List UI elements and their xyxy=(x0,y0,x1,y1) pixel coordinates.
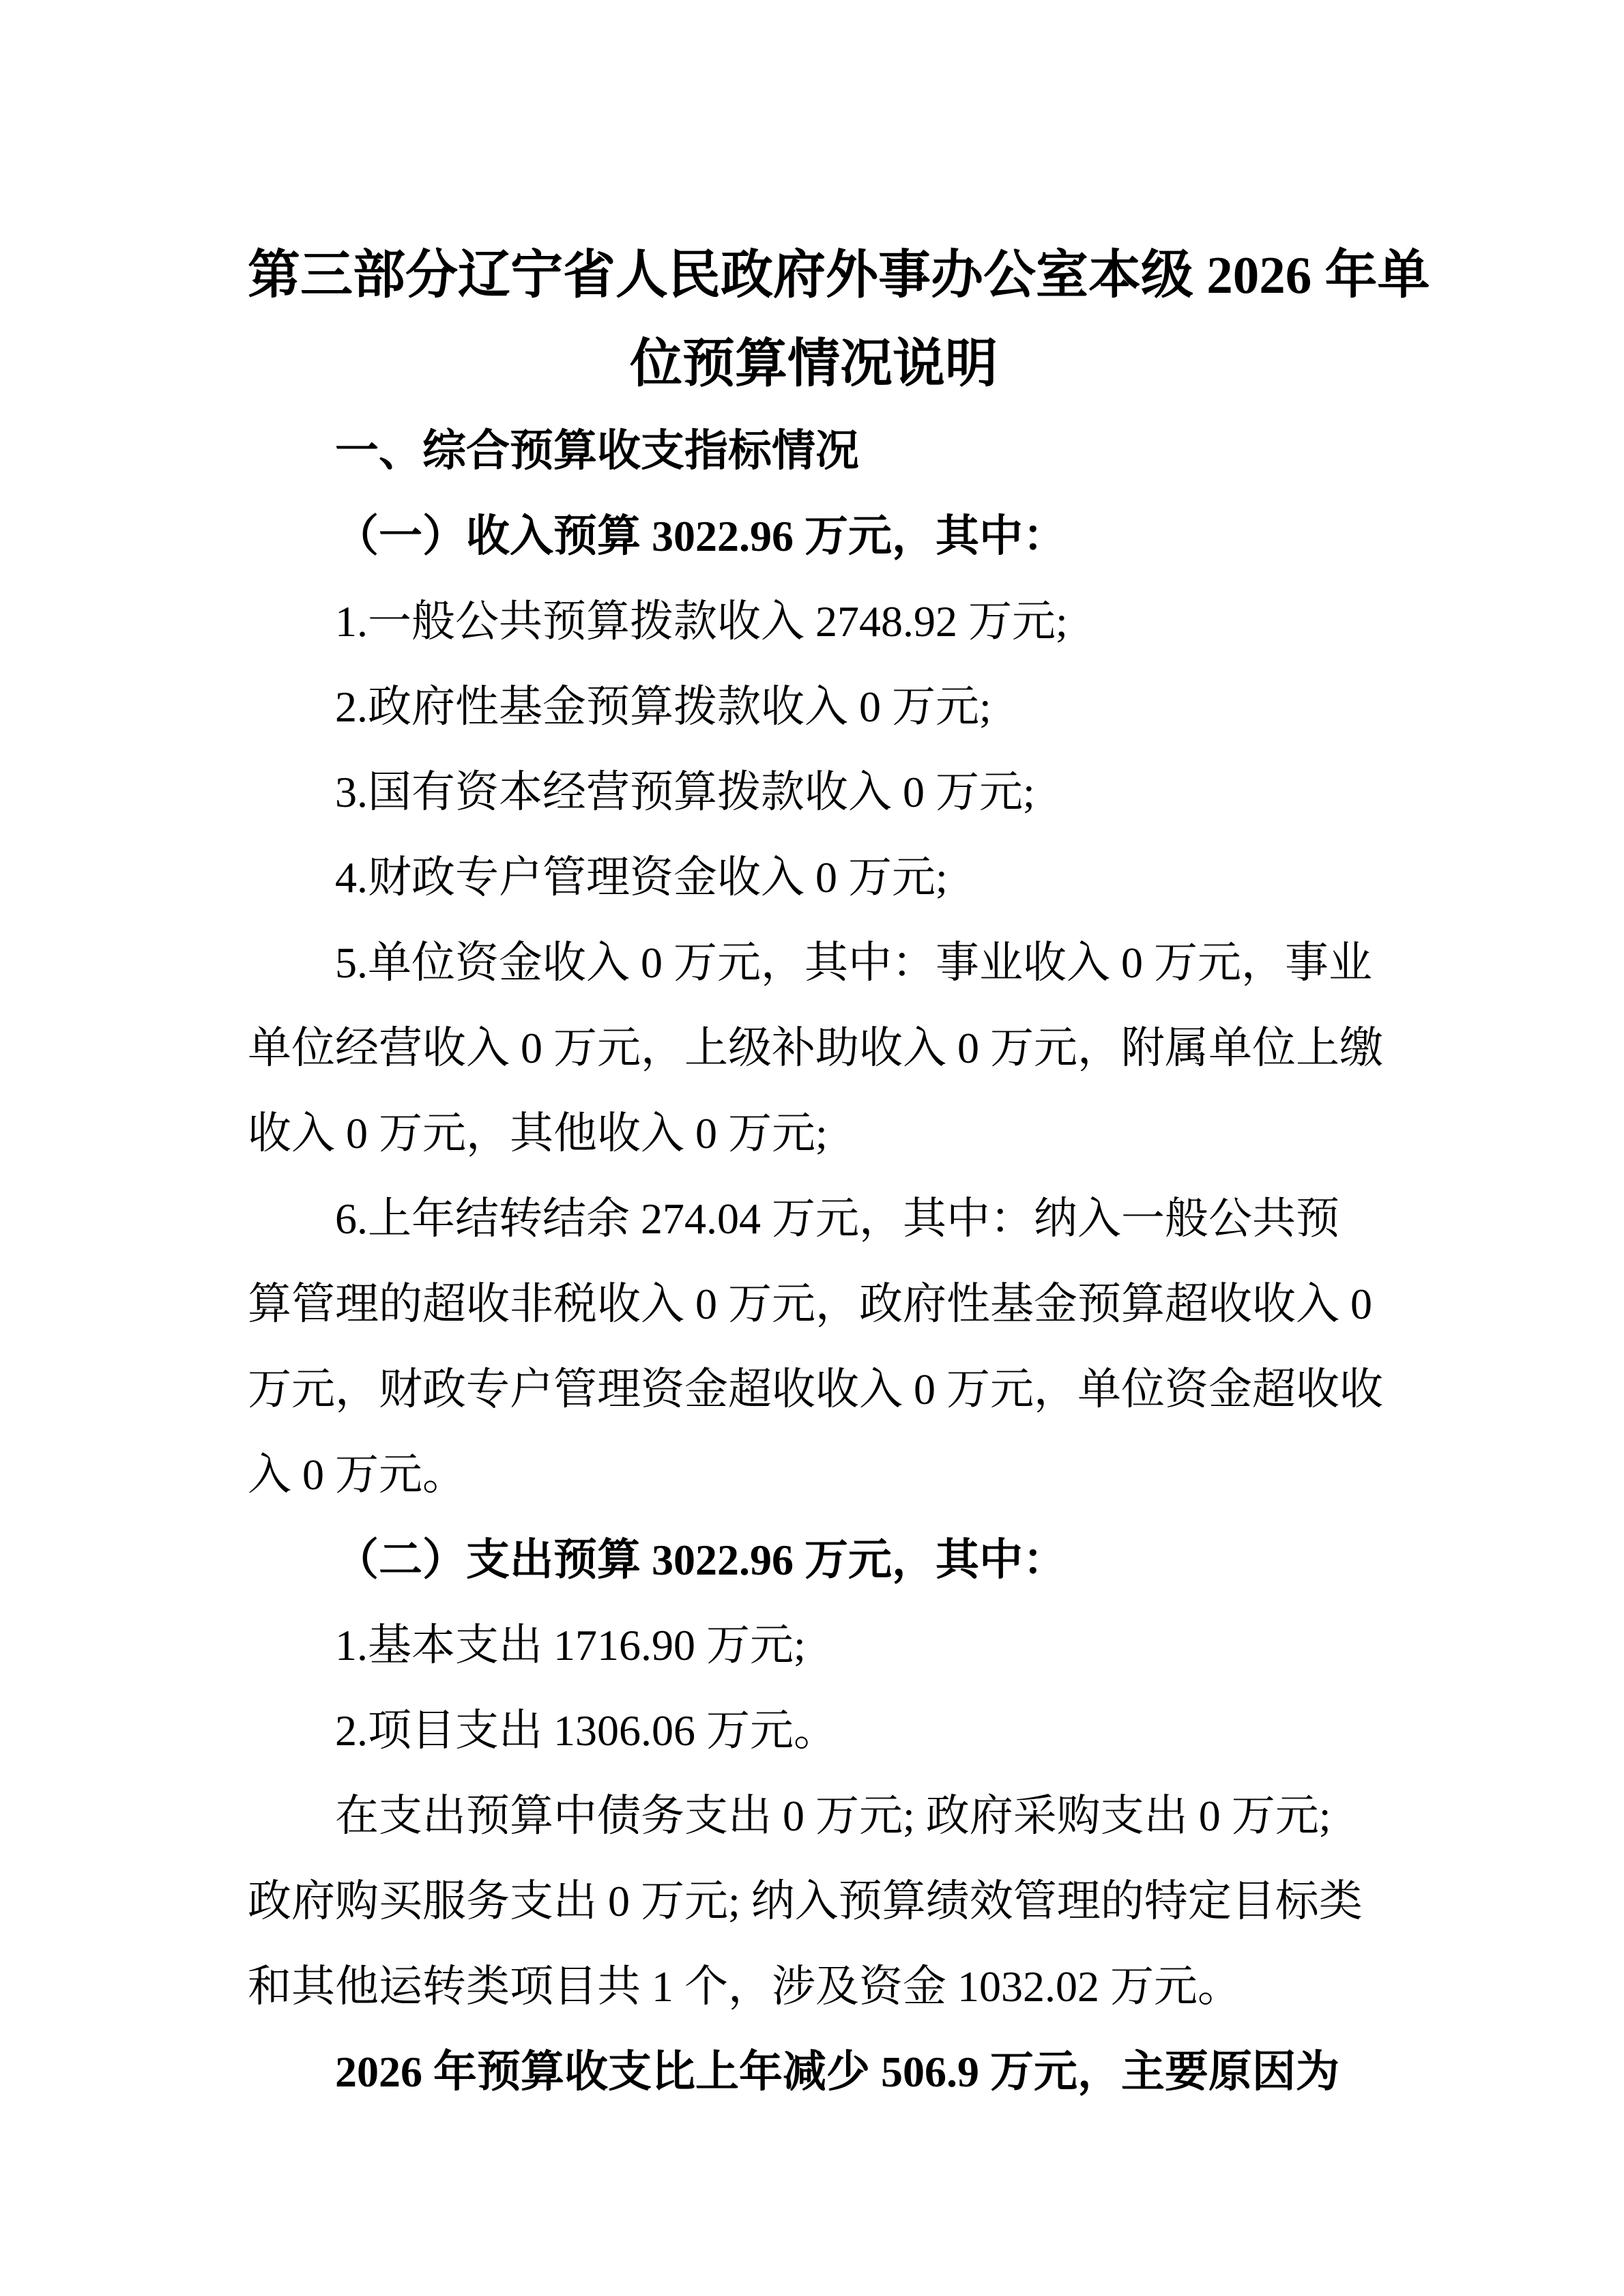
income-item-3: 3.国有资本经营预算拨款收入 0 万元; xyxy=(248,749,1380,835)
expense-note-line-1: 在支出预算中债务支出 0 万元; 政府采购支出 0 万元; xyxy=(248,1773,1380,1859)
expense-note-line-3: 和其他运转类项目共 1 个，涉及资金 1032.02 万元。 xyxy=(248,1944,1380,2029)
income-item-2: 2.政府性基金预算拨款收入 0 万元; xyxy=(248,664,1380,749)
income-item-6-line-3: 万元，财政专户管理资金超收收入 0 万元，单位资金超收收 xyxy=(248,1347,1380,1432)
document-title-line-2: 位预算情况说明 xyxy=(248,319,1380,408)
income-item-6-line-2: 算管理的超收非税收入 0 万元，政府性基金预算超收收入 0 xyxy=(248,1261,1380,1347)
expense-item-2: 2.项目支出 1306.06 万元。 xyxy=(248,1688,1380,1773)
income-heading: （一）收入预算 3022.96 万元，其中： xyxy=(248,493,1380,579)
income-item-4: 4.财政专户管理资金收入 0 万元; xyxy=(248,835,1380,920)
expense-note-line-2: 政府购买服务支出 0 万元; 纳入预算绩效管理的特定目标类 xyxy=(248,1859,1380,1944)
document-title-line-1: 第三部分辽宁省人民政府外事办公室本级 2026 年单 xyxy=(248,231,1380,319)
income-item-5-line-2: 单位经营收入 0 万元，上级补助收入 0 万元，附属单位上缴 xyxy=(248,1005,1380,1091)
income-item-5-line-3: 收入 0 万元，其他收入 0 万元; xyxy=(248,1091,1380,1176)
document-page: 第三部分辽宁省人民政府外事办公室本级 2026 年单 位预算情况说明 一、综合预… xyxy=(0,0,1624,2296)
income-item-1: 1.一般公共预算拨款收入 2748.92 万元; xyxy=(248,579,1380,664)
expense-heading: （二）支出预算 3022.96 万元，其中： xyxy=(248,1517,1380,1603)
income-item-5-line-1: 5.单位资金收入 0 万元，其中：事业收入 0 万元，事业 xyxy=(248,920,1380,1005)
expense-item-1: 1.基本支出 1716.90 万元; xyxy=(248,1603,1380,1688)
year-comparison-line: 2026 年预算收支比上年减少 506.9 万元，主要原因为 xyxy=(248,2029,1380,2114)
income-item-6-line-1: 6.上年结转结余 274.04 万元，其中：纳入一般公共预 xyxy=(248,1176,1380,1261)
income-item-6-line-4: 入 0 万元。 xyxy=(248,1432,1380,1517)
section-heading: 一、综合预算收支指标情况 xyxy=(248,408,1380,493)
